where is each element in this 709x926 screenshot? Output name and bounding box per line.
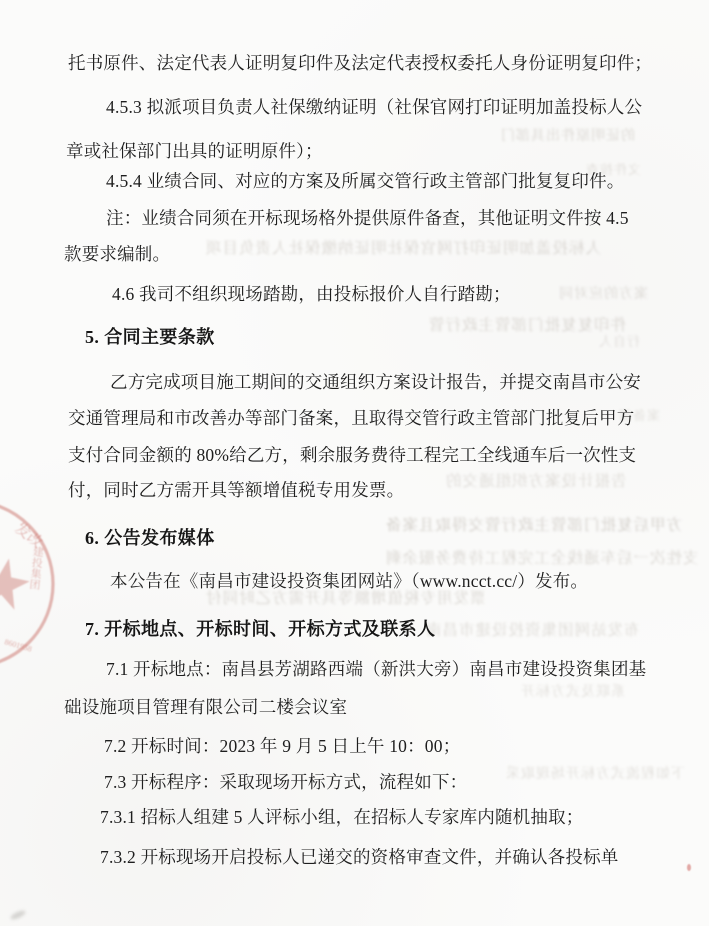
doc-line: 7.2 开标时间：2023 年 9 月 5 日上午 10：00；: [104, 735, 460, 757]
doc-line: 7.3.2 开标现场开启投标人已递交的资格审查文件，并确认各投标单: [100, 846, 618, 868]
doc-line: 7.1 开标地点：南昌县芳湖路西端（新洪大旁）南昌市建设投资集团基: [106, 658, 646, 680]
doc-line: 4.5.3 拟派项目负责人社保缴纳证明（社保官网打印证明加盖投标人公: [106, 96, 642, 118]
section-heading-6: 6. 公告发布媒体: [85, 527, 215, 549]
bleedthrough-fragment: 行自人: [598, 331, 640, 350]
bleedthrough-fragment: 方甲后复批门部管主政行管交得取且案备: [385, 513, 682, 535]
red-ink-speck: [687, 864, 691, 871]
section-heading-5: 5. 合同主要条款: [85, 326, 215, 348]
bleedthrough-fragment: 件印复复批门部管主政行管: [428, 313, 626, 335]
bleedthrough-fragment: 支性次一后车通线全工完程工待费务服余剩: [385, 546, 699, 568]
doc-line: 付，同时乙方需开具等额增值税专用发票。: [68, 479, 404, 501]
seal-top-label: 发改: [12, 520, 46, 552]
doc-line: 乙方完成项目施工期间的交通组织方案设计报告，并提交南昌市公安: [110, 371, 641, 393]
bleedthrough-fragment: 下如程流式方标开场现取采: [505, 763, 685, 783]
doc-line: 7.3.1 招标人组建 5 人评标小组，在招标人专家库内随机抽取；: [100, 806, 583, 828]
doc-line: 本公告在《南昌市建设投资集团网站》（www.ncct.cc/）发布。: [110, 570, 588, 592]
scan-smudge: [9, 909, 26, 921]
doc-line: 础设施项目管理有限公司二楼会议室: [64, 696, 347, 718]
doc-line: 7.3 开标程序：采取现场开标方式，流程如下：: [104, 771, 467, 793]
doc-line: 4.5.4 业绩合同、对应的方案及所属交管行政主管部门批复复印件。: [106, 170, 624, 192]
doc-line: 注：业绩合同须在开标现场格外提供原件备查，其他证明文件按 4.5: [106, 207, 629, 229]
section-heading-7: 7. 开标地点、开标时间、开标方式及联系人: [85, 618, 435, 640]
scanned-document-page: 的证明原件出具部门 文件按查 人标投盖加明证印打网官保社明证纳缴保社人责负目项 …: [0, 0, 709, 926]
doc-line: 4.6 我司不组织现场踏勘，由投标报价人自行踏勘；: [112, 283, 511, 305]
doc-line: 章或社保部门出具的证明原件）；: [66, 140, 323, 162]
doc-line: 交通管理局和市改善办等部门备案，且取得交管行政主管部门批复后甲方: [68, 407, 634, 429]
bleedthrough-fragment: 案方的应对同: [558, 283, 648, 303]
seal-serial: 8601958: [3, 637, 32, 653]
bleedthrough-fragment: 告报计设案方织组通交的: [445, 469, 627, 491]
seal-vertical-label: 建投集团: [27, 544, 44, 590]
bleedthrough-fragment: 的证明原件出具部门: [500, 125, 635, 145]
bleedthrough-fragment: 人标投盖加明证印打网官保社明证纳缴保社人责负目项: [205, 236, 601, 258]
seal-ring: [0, 501, 53, 667]
red-seal-stamp: 发改 建投集团 8601958: [0, 498, 72, 673]
seal-star-icon: [0, 553, 33, 611]
doc-line: 支付合同金额的 80%给乙方，剩余服务费待工程完工全线通车后一次性支: [68, 444, 636, 466]
doc-line: 托书原件、法定代表人证明复印件及法定代表授权委托人身份证明复印件；: [68, 52, 652, 74]
bleedthrough-fragment: 布发站网团集资投设建市昌南: [425, 618, 640, 640]
doc-line: 款要求编制。: [64, 243, 170, 265]
bleedthrough-fragment: 系联及式方标开: [520, 681, 625, 701]
